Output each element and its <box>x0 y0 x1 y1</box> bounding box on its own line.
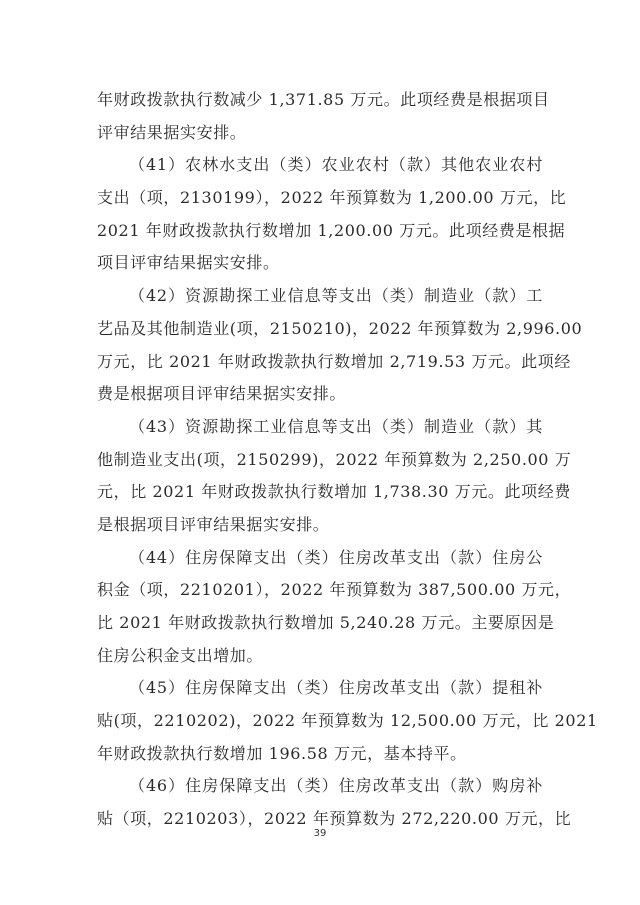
text-line: 2021 年财政拨款执行数增加 1,200.00 万元。此项经费是根据 <box>97 215 543 248</box>
page-number: 39 <box>0 828 640 839</box>
text-line: 积金（项，2210201），2022 年预算数为 387,500.00 万元， <box>97 574 543 607</box>
body-text: 年财政拨款执行数减少 1,371.85 万元。此项经费是根据项目 评审结果据实安… <box>97 84 543 836</box>
text-line: 评审结果据实安排。 <box>97 117 543 150</box>
paragraph-46-first-line: （46）住房保障支出（类）住房改革支出（款）购房补 <box>97 770 543 803</box>
text-line: 是根据项目评审结果据实安排。 <box>97 509 543 542</box>
text-line: 贴(项，2210202)，2022 年预算数为 12,500.00 万元，比 2… <box>97 705 543 738</box>
text-line: 住房公积金支出增加。 <box>97 640 543 673</box>
text-line: 费是根据项目评审结果据实安排。 <box>97 378 543 411</box>
paragraph-45-first-line: （45）住房保障支出（类）住房改革支出（款）提租补 <box>97 672 543 705</box>
paragraph-43-first-line: （43）资源勘探工业信息等支出（类）制造业（款）其 <box>97 411 543 444</box>
text-line: 他制造业支出(项，2150299)，2022 年预算数为 2,250.00 万 <box>97 444 543 477</box>
text-line: 万元，比 2021 年财政拨款执行数增加 2,719.53 万元。此项经 <box>97 346 543 379</box>
text-line: 艺品及其他制造业(项，2150210)，2022 年预算数为 2,996.00 <box>97 313 543 346</box>
paragraph-44-first-line: （44）住房保障支出（类）住房改革支出（款）住房公 <box>97 542 543 575</box>
text-line: 比 2021 年财政拨款执行数增加 5,240.28 万元。主要原因是 <box>97 607 543 640</box>
text-line: 项目评审结果据实安排。 <box>97 247 543 280</box>
text-line: 支出（项，2130199），2022 年预算数为 1,200.00 万元，比 <box>97 182 543 215</box>
paragraph-41-first-line: （41）农林水支出（类）农业农村（款）其他农业农村 <box>97 149 543 182</box>
text-line: 元，比 2021 年财政拨款执行数增加 1,738.30 万元。此项经费 <box>97 476 543 509</box>
paragraph-42-first-line: （42）资源勘探工业信息等支出（类）制造业（款）工 <box>97 280 543 313</box>
text-line: 年财政拨款执行数减少 1,371.85 万元。此项经费是根据项目 <box>97 84 543 117</box>
document-page: 年财政拨款执行数减少 1,371.85 万元。此项经费是根据项目 评审结果据实安… <box>0 0 640 905</box>
text-line: 年财政拨款执行数增加 196.58 万元，基本持平。 <box>97 738 543 771</box>
